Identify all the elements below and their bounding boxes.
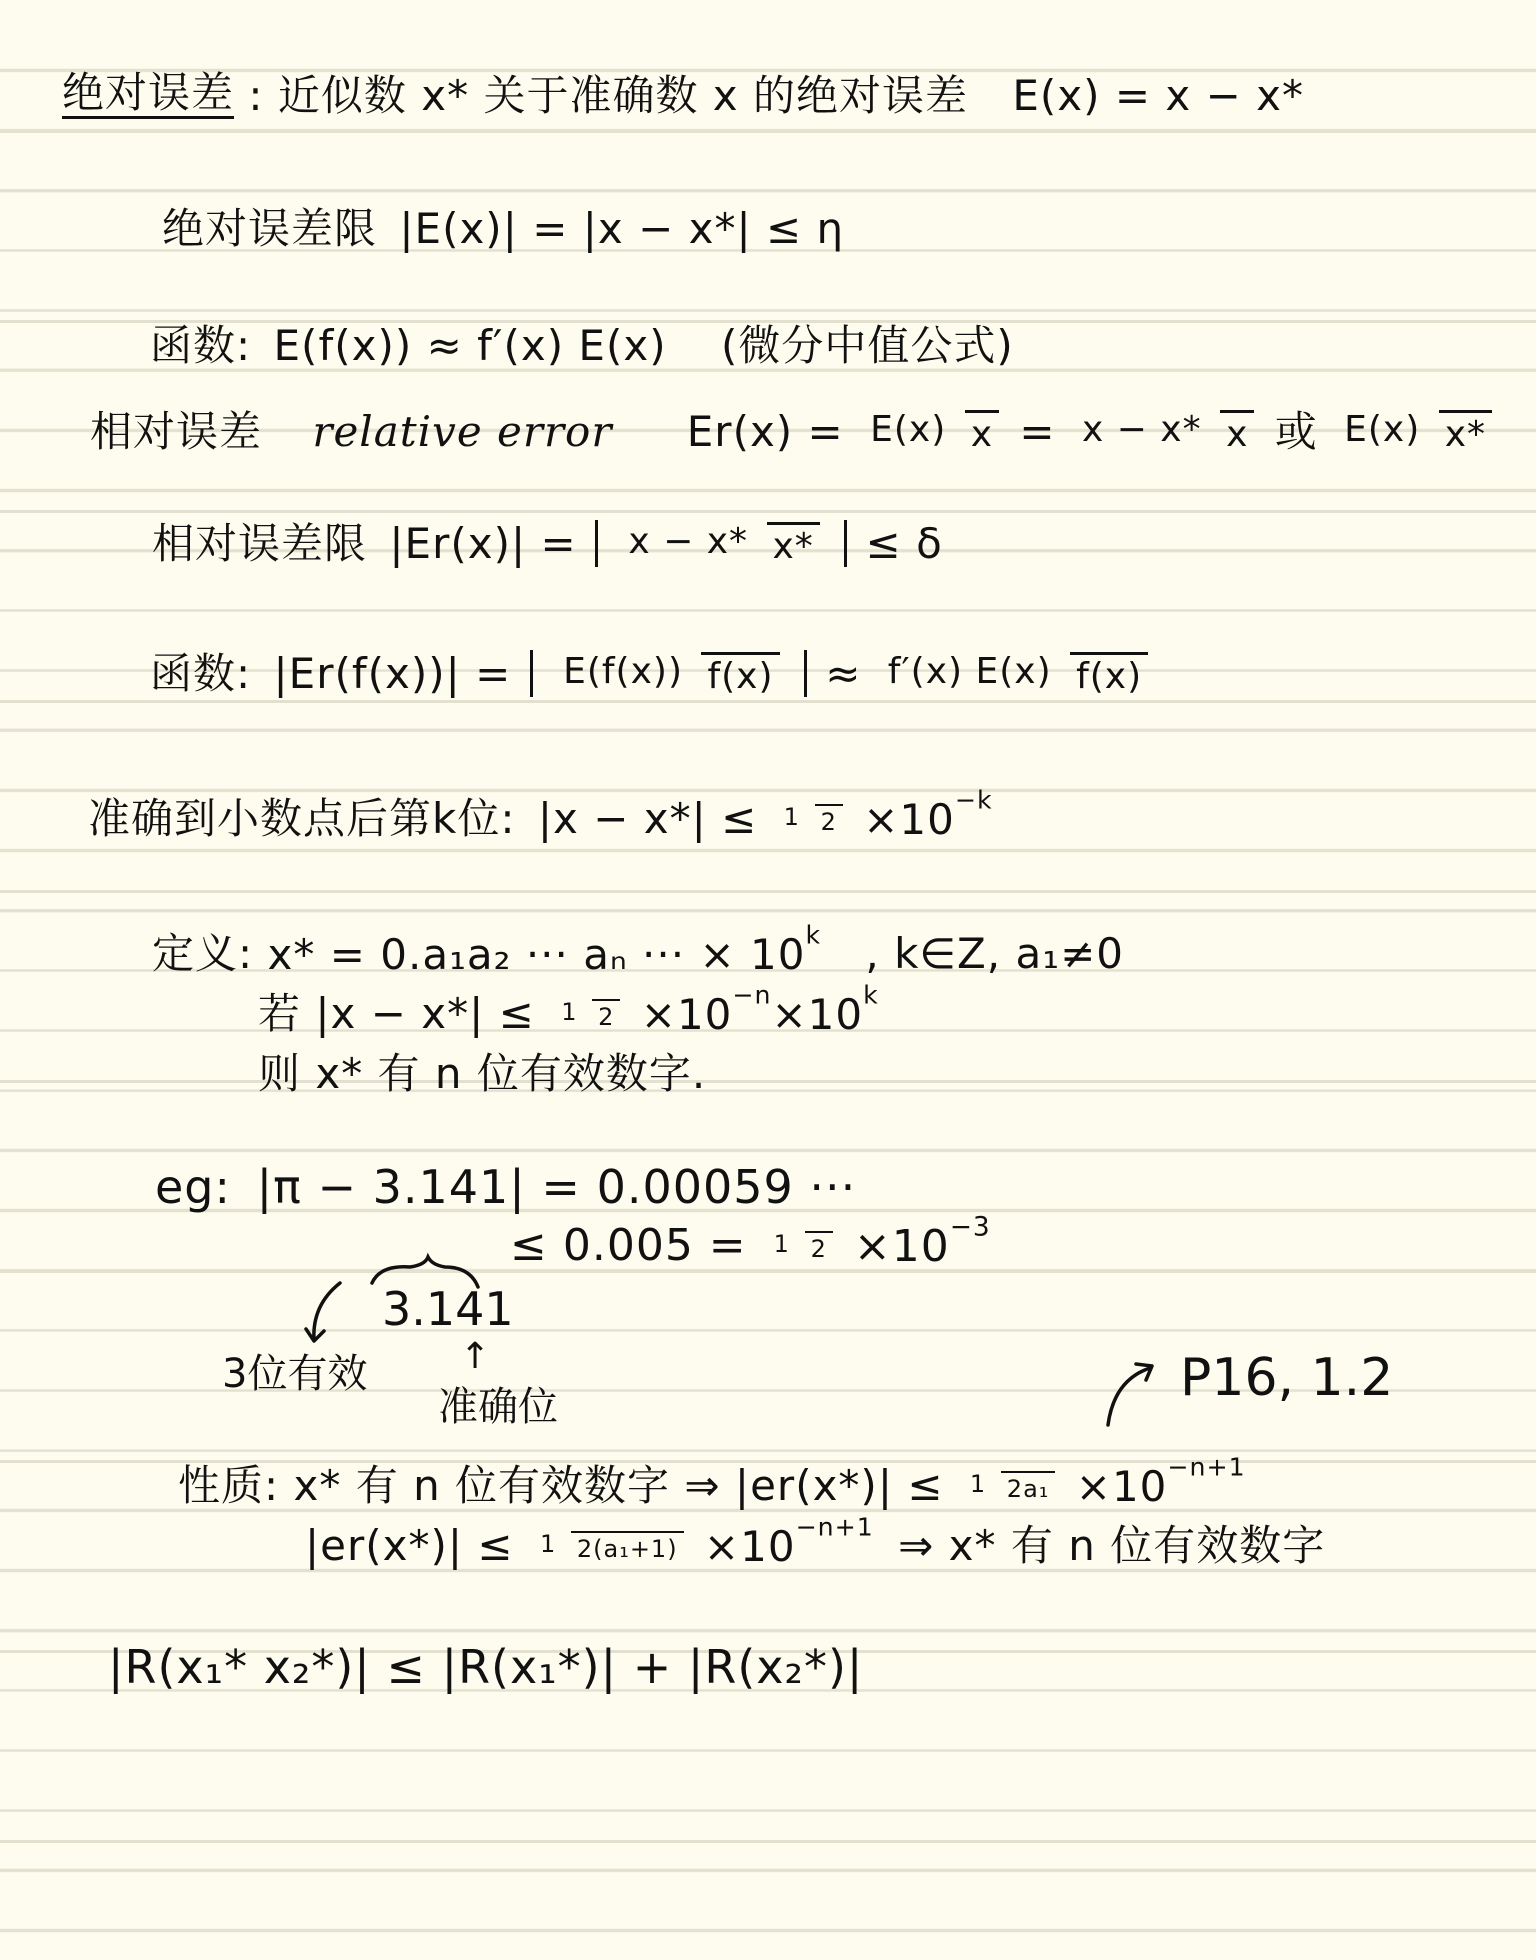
annotation-significant-digits: 3位有效 <box>222 1342 367 1399</box>
significant-def-row: 定义: x* = 0.a₁a₂ ··· aₙ ··· × 10k , k∈Z, … <box>152 930 1124 976</box>
exponent: k <box>805 921 821 950</box>
property-fraction-1: 1 2a₁ <box>964 1471 1056 1501</box>
relative-error-bound-rhs: ≤ δ <box>866 523 943 565</box>
exponent: −3 <box>950 1211 991 1242</box>
then-text: 则 x* 有 n 位有效数字. <box>258 1053 706 1095</box>
abs-bar-left <box>530 650 533 696</box>
relative-error-bound-row: 相对误差限 |Er(x)| = x − x* x* ≤ δ <box>152 520 943 567</box>
fraction-numerator: 1 <box>534 1532 562 1560</box>
fraction-denominator: x <box>1220 410 1254 453</box>
fraction-denominator: 2 <box>592 999 620 1029</box>
fraction-numerator: x − x* <box>1076 412 1208 452</box>
relative-error-bound-lhs: |Er(x)| = <box>389 523 576 565</box>
function-label: 函数: <box>150 653 251 695</box>
accurate-to-k-formula-right: ×10−k <box>863 796 992 841</box>
property-line-2-mid: ×10−n+1 <box>704 1523 874 1568</box>
accurate-to-k-formula-left: |x − x*| ≤ <box>538 798 757 840</box>
times-ten: ×10 <box>854 1225 950 1269</box>
annotation-accurate-digit: 准确位 <box>438 1375 558 1432</box>
relative-error-heading: 相对误差 <box>90 411 262 453</box>
colon: : <box>248 75 263 117</box>
property-line-1-right: ×10−n+1 <box>1076 1463 1246 1508</box>
accurate-to-k-row: 准确到小数点后第k位: |x − x*| ≤ 1 2 ×10−k <box>88 795 993 841</box>
abs-bar-left <box>595 520 598 566</box>
mean-value-note: (微分中值公式) <box>721 325 1014 367</box>
example-line-2-left: ≤ 0.005 = <box>510 1224 747 1268</box>
significant-if-row: 若 |x − x*| ≤ 1 2 ×10−n×10k <box>258 990 879 1036</box>
fraction-denominator: 2(a₁+1) <box>571 1531 684 1561</box>
absolute-error-row: 绝对误差 : 近似数 x* 关于准确数 x 的绝对误差 E(x) = x − x… <box>62 72 1304 119</box>
fraction-numerator: x − x* <box>622 524 754 564</box>
if-formula-right: ×10−n×10k <box>641 991 879 1036</box>
property-line-2-left: |er(x*)| ≤ <box>305 1525 514 1567</box>
relative-error-bound-fraction: x − x* x* <box>622 522 819 565</box>
function-label: 函数: <box>150 325 251 367</box>
exponent: −n <box>732 981 771 1010</box>
exponent: k <box>863 981 879 1010</box>
times-ten: ×10 <box>863 799 955 841</box>
one-half-fraction: 1 2 <box>768 1231 833 1261</box>
times-ten: ×10 <box>704 1526 796 1568</box>
absolute-error-function-row: 函数: E(f(x)) ≈ f′(x) E(x) (微分中值公式) <box>150 322 1014 367</box>
relative-error-function-fraction-2: f′(x) E(x) f(x) <box>882 652 1148 695</box>
absolute-error-bound-label: 绝对误差限 <box>162 208 377 250</box>
annotated-number: 3.141 <box>382 1282 514 1336</box>
relative-error-function-lhs: |Er(f(x))| = <box>274 653 512 695</box>
arrow-up-icon: ↑ <box>460 1336 490 1377</box>
one-half-fraction: 1 2 <box>555 999 620 1029</box>
fraction-numerator: E(x) <box>1338 412 1426 452</box>
accurate-to-k-label: 准确到小数点后第k位: <box>88 798 515 840</box>
relative-error-fraction-1: E(x) x <box>864 410 999 453</box>
abs-bar-right <box>804 650 807 696</box>
example-line-1: eg: |π − 3.141| = 0.00059 ··· <box>155 1160 856 1210</box>
relative-error-fraction-3: E(x) x* <box>1338 410 1492 453</box>
definition-conditions: , k∈Z, a₁≠0 <box>865 933 1124 975</box>
relative-error-lhs: Er(x) = <box>687 411 844 453</box>
exponent: −k <box>955 786 993 815</box>
definition-formula: x* = 0.a₁a₂ ··· aₙ ··· × 10k <box>268 931 822 976</box>
abs-bar-right <box>844 520 847 566</box>
product-bound-formula: |R(x₁* x₂*)| ≤ |R(x₁*)| + |R(x₂*)| <box>108 1644 863 1690</box>
exponent: −n+1 <box>796 1513 874 1542</box>
fraction-denominator: f(x) <box>1070 652 1148 695</box>
if-label: 若 <box>258 993 301 1035</box>
or-word: 或 <box>1275 411 1318 453</box>
property-label: 性质: <box>178 1465 279 1507</box>
curved-arrow-icon <box>1100 1350 1170 1430</box>
property-line-1: 性质: x* 有 n 位有效数字 ⇒ |er(x*)| ≤ 1 2a₁ ×10−… <box>178 1462 1246 1508</box>
times-ten: ×10 <box>641 994 733 1036</box>
significant-then-row: 则 x* 有 n 位有效数字. <box>258 1050 706 1095</box>
relative-error-row: 相对误差 relative error Er(x) = E(x) x = x −… <box>90 408 1498 453</box>
fraction-denominator: 2 <box>805 1231 833 1261</box>
fraction-numerator: f′(x) E(x) <box>882 654 1058 694</box>
approx-sign: ≈ <box>825 653 861 695</box>
fraction-numerator: 1 <box>555 1000 583 1028</box>
definition-label: 定义: <box>152 933 253 975</box>
example-line-1-formula: |π − 3.141| = 0.00059 ··· <box>257 1164 857 1210</box>
absolute-error-formula: E(x) = x − x* <box>1012 75 1304 117</box>
absolute-error-description: 近似数 x* 关于准确数 x 的绝对误差 <box>278 75 968 117</box>
fraction-denominator: 2 <box>815 804 843 834</box>
fraction-denominator: f(x) <box>701 652 779 695</box>
times-ten: ×10 <box>1076 1466 1168 1508</box>
times-ten: ×10 <box>771 994 863 1036</box>
relative-error-bound-label: 相对误差限 <box>152 523 367 565</box>
example-line-2-right: ×10−3 <box>854 1223 991 1269</box>
property-fraction-2: 1 2(a₁+1) <box>534 1531 684 1561</box>
fraction-numerator: E(x) <box>864 412 952 452</box>
example-label: eg: <box>155 1164 231 1210</box>
fraction-numerator: E(f(x)) <box>557 654 689 694</box>
normalized-form: x* = 0.a₁a₂ ··· aₙ ··· × 10 <box>268 934 806 976</box>
fraction-denominator: 2a₁ <box>1001 1471 1056 1501</box>
fraction-denominator: x* <box>1439 410 1492 453</box>
relative-error-function-fraction-1: E(f(x)) f(x) <box>557 652 779 695</box>
property-line-1-left: x* 有 n 位有效数字 ⇒ |er(x*)| ≤ <box>294 1465 944 1507</box>
absolute-error-bound-row: 绝对误差限 |E(x)| = |x − x*| ≤ η <box>162 205 844 250</box>
property-line-2: |er(x*)| ≤ 1 2(a₁+1) ×10−n+1 ⇒ x* 有 n 位有… <box>305 1522 1325 1568</box>
relative-error-function-row: 函数: |Er(f(x))| = E(f(x)) f(x) ≈ f′(x) E(… <box>150 650 1154 697</box>
fraction-denominator: x* <box>767 522 820 565</box>
absolute-error-function-formula: E(f(x)) ≈ f′(x) E(x) <box>274 325 667 367</box>
absolute-error-heading: 绝对误差 <box>62 72 234 119</box>
equals-sign: = <box>1019 411 1055 453</box>
product-bound-row: |R(x₁* x₂*)| ≤ |R(x₁*)| + |R(x₂*)| <box>108 1640 863 1690</box>
relative-error-english: relative error <box>312 411 612 453</box>
fraction-numerator: 1 <box>778 805 806 833</box>
absolute-error-bound-formula: |E(x)| = |x − x*| ≤ η <box>399 208 844 250</box>
fraction-numerator: 1 <box>768 1232 796 1260</box>
textbook-reference: P16, 1.2 <box>1180 1348 1393 1408</box>
exponent: −n+1 <box>1167 1453 1245 1482</box>
fraction-denominator: x <box>965 410 999 453</box>
property-line-2-right: ⇒ x* 有 n 位有效数字 <box>898 1525 1325 1567</box>
example-line-2: ≤ 0.005 = 1 2 ×10−3 <box>510 1222 991 1269</box>
if-formula-left: |x − x*| ≤ <box>315 993 534 1035</box>
one-half-fraction: 1 2 <box>778 804 843 834</box>
fraction-numerator: 1 <box>964 1472 992 1500</box>
relative-error-fraction-2: x − x* x <box>1076 410 1254 453</box>
